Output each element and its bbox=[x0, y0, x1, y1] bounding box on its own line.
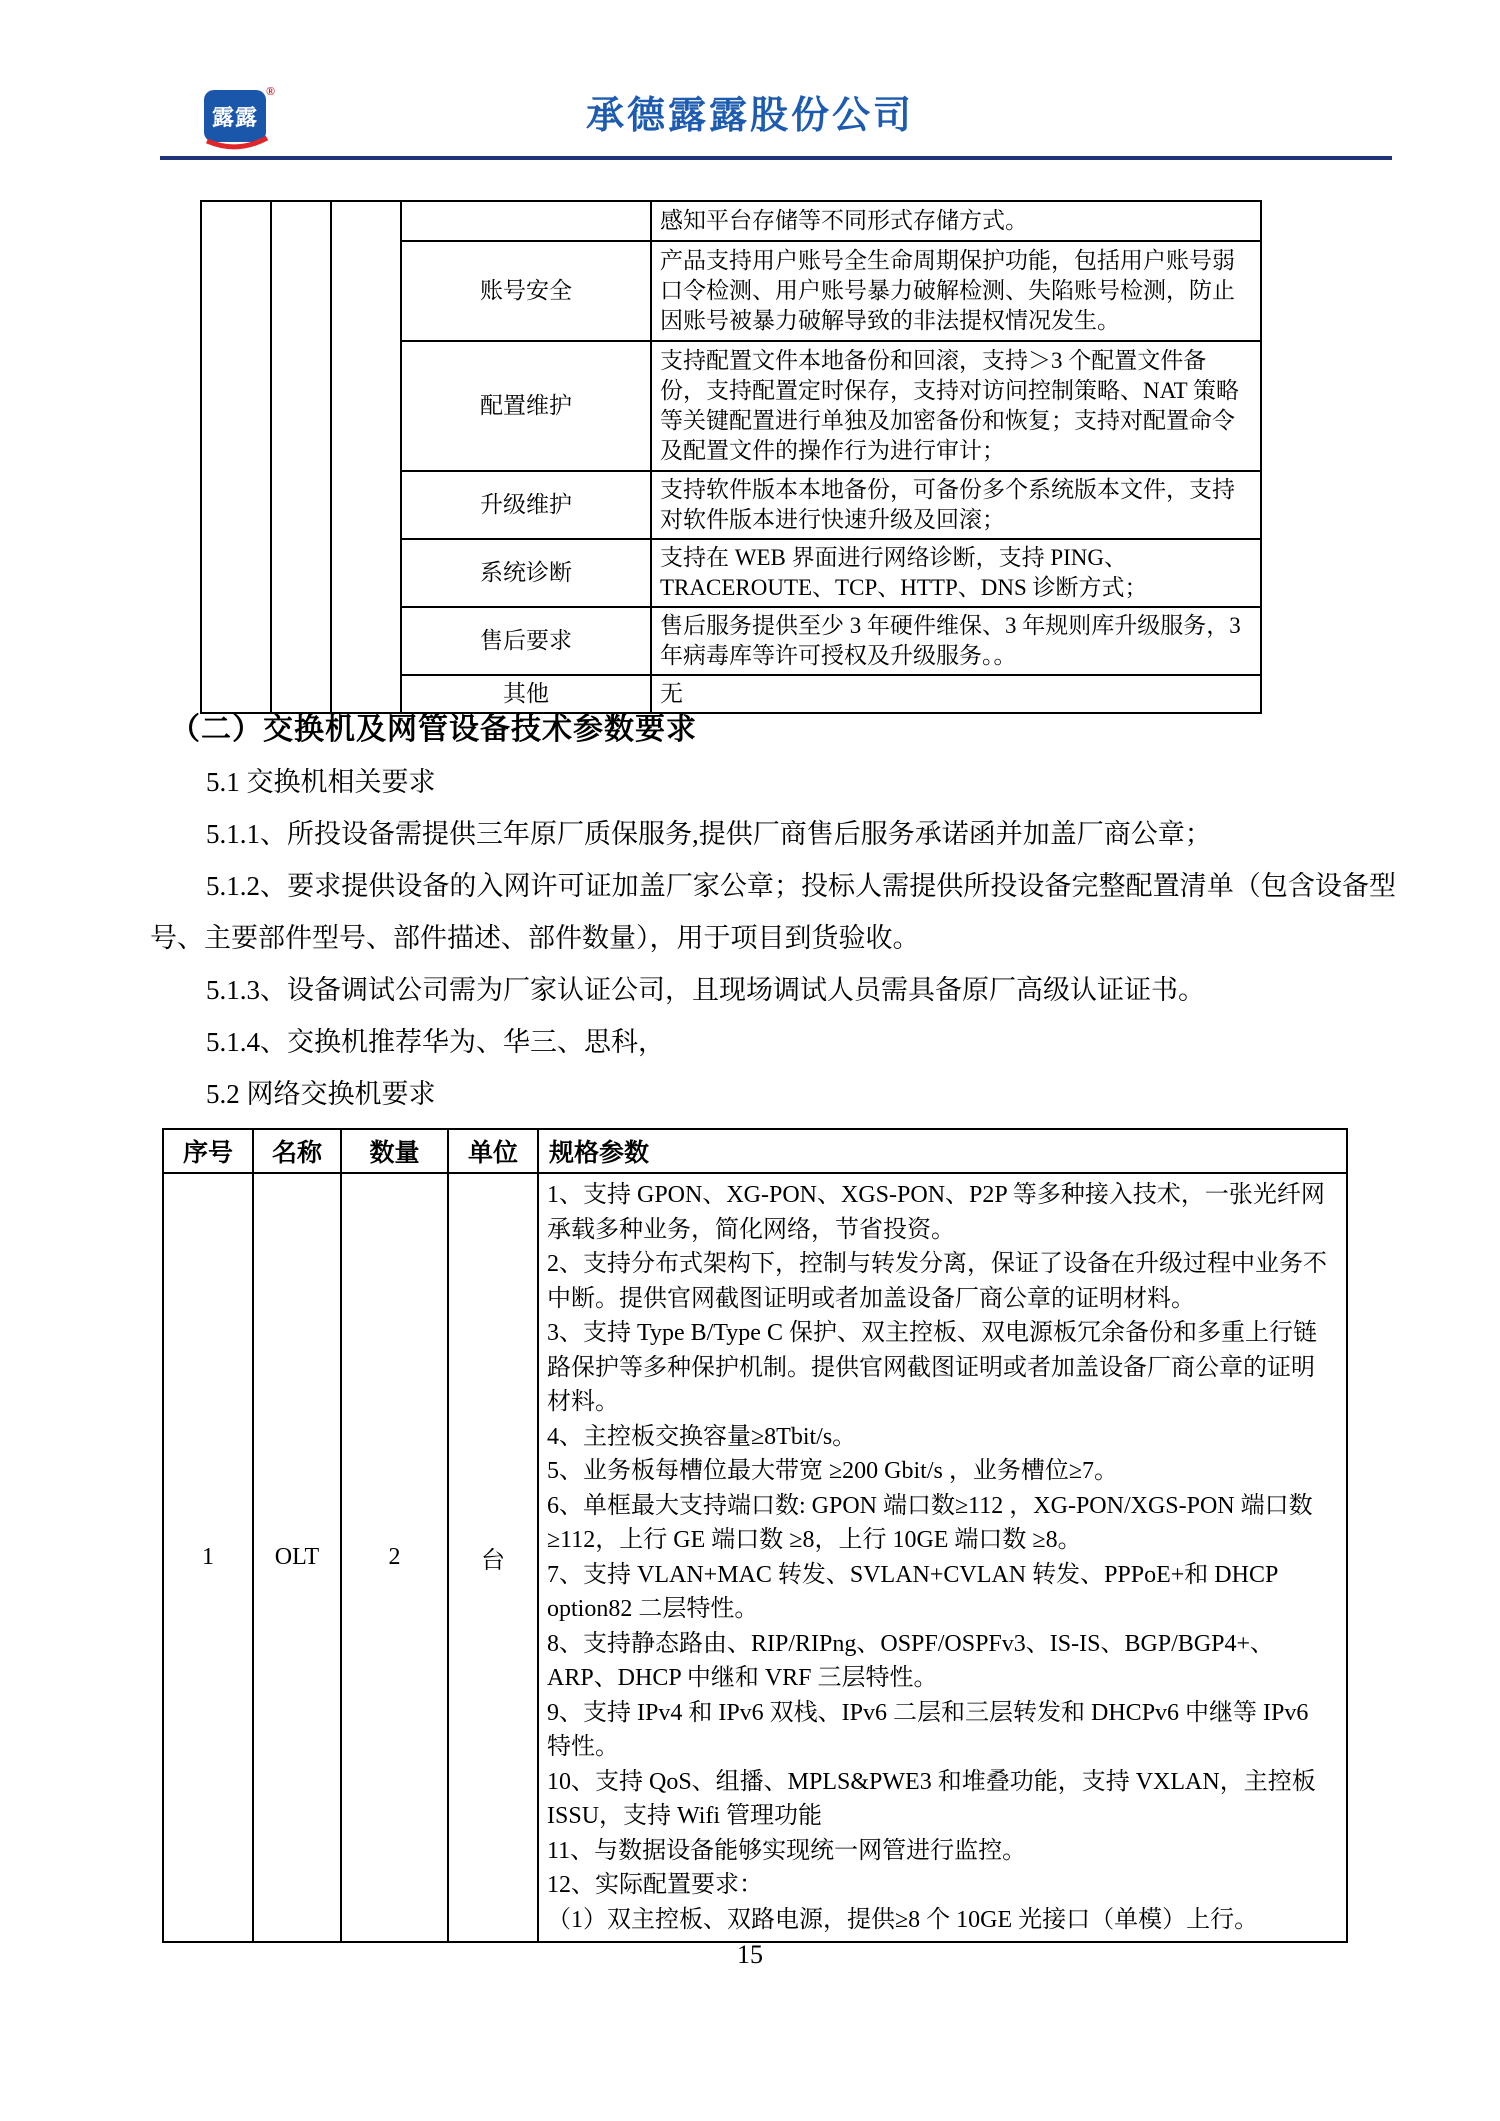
spec-item: 10、支持 QoS、组播、MPLS&PWE3 和堆叠功能，支持 VXLAN，主控… bbox=[547, 1765, 1336, 1834]
col-header-qty: 数量 bbox=[341, 1129, 448, 1173]
table-col-empty bbox=[271, 201, 331, 713]
table-row: 感知平台存储等不同形式存储方式。 bbox=[201, 201, 1261, 241]
cell-spec: 1、支持 GPON、XG-PON、XGS-PON、P2P 等多种接入技术，一张光… bbox=[538, 1173, 1347, 1942]
paragraph: 5.1.2、要求提供设备的入网许可证加盖厂家公章；投标人需提供所投设备完整配置清… bbox=[150, 860, 1396, 964]
row-content: 无 bbox=[651, 675, 1261, 713]
spec-item: 4、主控板交换容量≥8Tbit/s。 bbox=[547, 1420, 1336, 1455]
row-content: 支持软件版本本地备份，可备份多个系统版本文件，支持对软件版本进行快速升级及回滚； bbox=[651, 471, 1261, 539]
spec-item: （1）双主控板、双路电源，提供≥8 个 10GE 光接口（单模）上行。 bbox=[547, 1903, 1336, 1938]
paragraph: 5.1.1、所投设备需提供三年原厂质保服务,提供厂商售后服务承诺函并加盖厂商公章… bbox=[150, 808, 1396, 860]
row-label: 升级维护 bbox=[401, 471, 651, 539]
spec-item: 9、支持 IPv4 和 IPv6 双栈、IPv6 二层和三层转发和 DHCPv6… bbox=[547, 1696, 1336, 1765]
row-label: 系统诊断 bbox=[401, 539, 651, 607]
col-header-unit: 单位 bbox=[448, 1129, 538, 1173]
spec-item: 8、支持静态路由、RIP/RIPng、OSPF/OSPFv3、IS-IS、BGP… bbox=[547, 1627, 1336, 1696]
spec-item: 3、支持 Type B/Type C 保护、双主控板、双电源板冗余备份和多重上行… bbox=[547, 1316, 1336, 1420]
page-title: 承德露露股份公司 bbox=[0, 84, 1500, 139]
row-content: 售后服务提供至少 3 年硬件维保、3 年规则库升级服务，3 年病毒库等许可授权及… bbox=[651, 607, 1261, 675]
row-label: 账号安全 bbox=[401, 241, 651, 341]
row-content: 产品支持用户账号全生命周期保护功能，包括用户账号弱口令检测、用户账号暴力破解检测… bbox=[651, 241, 1261, 341]
spec-item: 11、与数据设备能够实现统一网管进行监控。 bbox=[547, 1834, 1336, 1869]
header-divider bbox=[160, 156, 1392, 160]
cell-qty: 2 bbox=[341, 1173, 448, 1942]
switch-spec-table: 序号 名称 数量 单位 规格参数 1 OLT 2 台 1、支持 GPON、XG-… bbox=[162, 1128, 1348, 1943]
cell-unit: 台 bbox=[448, 1173, 538, 1942]
row-label-empty bbox=[401, 201, 651, 241]
paragraph: 5.1 交换机相关要求 bbox=[150, 756, 1396, 808]
table-col-empty bbox=[331, 201, 401, 713]
col-header-name: 名称 bbox=[253, 1129, 341, 1173]
col-header-seq: 序号 bbox=[163, 1129, 253, 1173]
document-page: 露露 ® 承德露露股份公司 感知平台存储等不同形式存储方式。 账号安全 产品支持… bbox=[0, 0, 1500, 2121]
page-number: 15 bbox=[0, 1940, 1500, 1970]
paragraph: 5.1.3、设备调试公司需为厂家认证公司，且现场调试人员需具备原厂高级认证证书。 bbox=[150, 964, 1396, 1016]
row-content: 支持配置文件本地备份和回滚，支持＞3 个配置文件备份，支持配置定时保存，支持对访… bbox=[651, 341, 1261, 471]
section-heading: （二）交换机及网管设备技术参数要求 bbox=[170, 704, 697, 748]
table-col-empty bbox=[201, 201, 271, 713]
spec-item: 6、单框最大支持端口数: GPON 端口数≥112 ，XG-PON/XGS-PO… bbox=[547, 1489, 1336, 1558]
row-label: 配置维护 bbox=[401, 341, 651, 471]
cell-seq: 1 bbox=[163, 1173, 253, 1942]
spec-item: 2、支持分布式架构下，控制与转发分离，保证了设备在升级过程中业务不中断。提供官网… bbox=[547, 1247, 1336, 1316]
paragraph: 5.2 网络交换机要求 bbox=[150, 1068, 1396, 1120]
table-row: 1 OLT 2 台 1、支持 GPON、XG-PON、XGS-PON、P2P 等… bbox=[163, 1173, 1347, 1942]
row-content: 支持在 WEB 界面进行网络诊断，支持 PING、TRACEROUTE、TCP、… bbox=[651, 539, 1261, 607]
cell-name: OLT bbox=[253, 1173, 341, 1942]
spec-item: 1、支持 GPON、XG-PON、XGS-PON、P2P 等多种接入技术，一张光… bbox=[547, 1178, 1336, 1247]
table-header-row: 序号 名称 数量 单位 规格参数 bbox=[163, 1129, 1347, 1173]
col-header-spec: 规格参数 bbox=[538, 1129, 1347, 1173]
row-label: 售后要求 bbox=[401, 607, 651, 675]
row-content: 感知平台存储等不同形式存储方式。 bbox=[651, 201, 1261, 241]
spec-item: 7、支持 VLAN+MAC 转发、SVLAN+CVLAN 转发、PPPoE+和 … bbox=[547, 1558, 1336, 1627]
section-body: 5.1 交换机相关要求 5.1.1、所投设备需提供三年原厂质保服务,提供厂商售后… bbox=[150, 756, 1396, 1120]
paragraph: 5.1.4、交换机推荐华为、华三、思科， bbox=[150, 1016, 1396, 1068]
security-requirements-table: 感知平台存储等不同形式存储方式。 账号安全 产品支持用户账号全生命周期保护功能，… bbox=[200, 200, 1262, 714]
spec-item: 5、业务板每槽位最大带宽 ≥200 Gbit/s ，业务槽位≥7。 bbox=[547, 1454, 1336, 1489]
spec-item: 12、实际配置要求： bbox=[547, 1868, 1336, 1903]
